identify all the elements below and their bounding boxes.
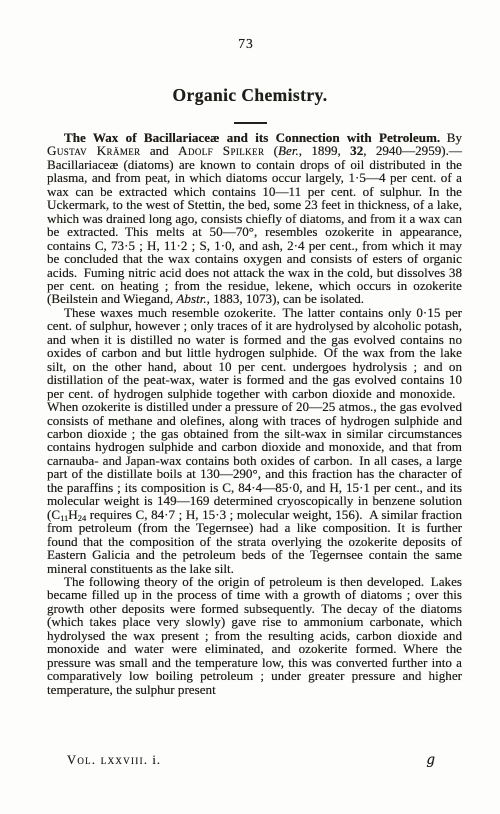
paragraph-3-text: The following theory of the origin of pe…: [47, 574, 462, 697]
page-number: 73: [0, 36, 492, 52]
paragraph-2-text-b: requires C, 84·7 ; H, 15·3 ; molecular w…: [47, 507, 462, 576]
paragraph-abstract-intro: The Wax of Bacillariaceæ and its Connect…: [47, 131, 462, 306]
paragraph-2-text-a: These waxes much resemble ozokerite. The…: [47, 305, 462, 522]
section-heading: Organic Chemistry.: [0, 85, 500, 106]
page-footer: Vol. lxxviii. i. g: [47, 753, 462, 768]
paragraph-petroleum-theory: The following theory of the origin of pe…: [47, 575, 462, 696]
volume-part: i.: [148, 753, 161, 767]
heading-rule: [234, 122, 267, 124]
paragraph-1-text-a: Bacillariaceæ (diatoms) are known to con…: [47, 157, 462, 307]
article-body: The Wax of Bacillariaceæ and its Connect…: [47, 131, 462, 696]
volume-label: Vol. lxxviii.: [67, 753, 148, 767]
paragraph-wax-comparison: These waxes much resemble ozokerite. The…: [47, 306, 462, 575]
signature-mark: g: [426, 752, 435, 768]
journal-page: 73 Organic Chemistry. The Wax of Bacilla…: [0, 0, 500, 814]
